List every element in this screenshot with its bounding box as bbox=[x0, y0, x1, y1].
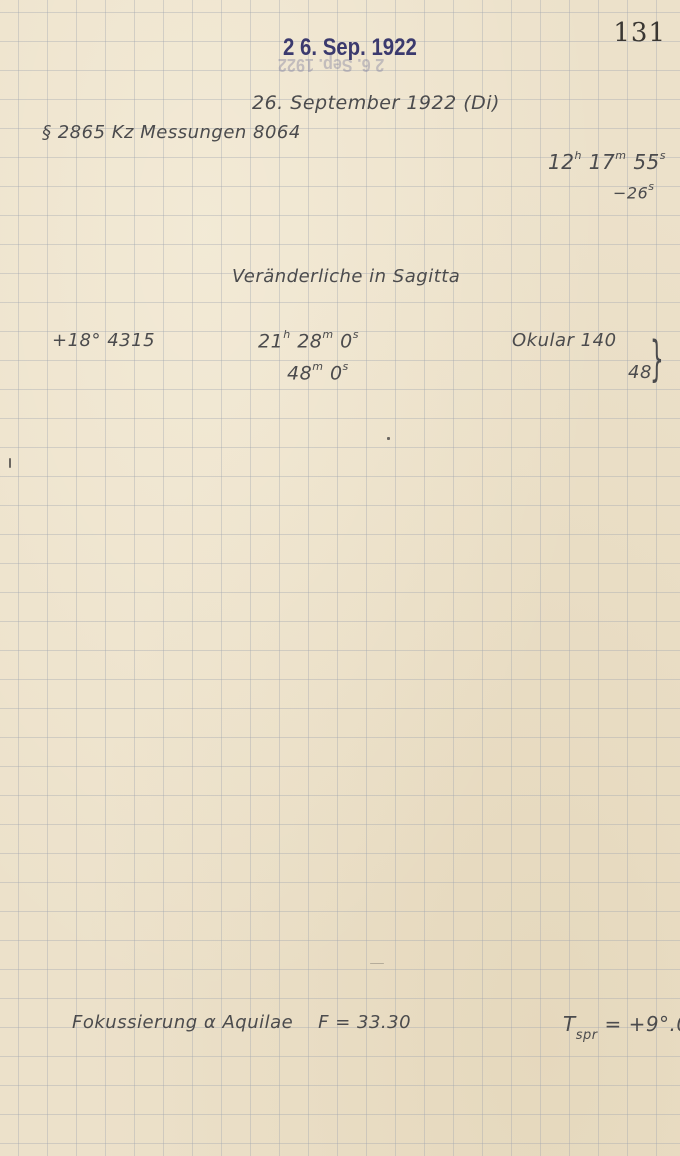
temperature-value: = +9°.0 bbox=[604, 1012, 680, 1036]
focus-value: F = 33.30 bbox=[318, 1012, 411, 1033]
bd-catalog-number: +18° 4315 bbox=[52, 330, 155, 351]
page-number: 131 bbox=[613, 18, 666, 48]
temperature-note: Tspr = +9°.0 bbox=[563, 1012, 680, 1036]
ra-hours: 12 bbox=[548, 150, 574, 174]
time-seconds: 0 bbox=[340, 330, 353, 352]
temperature-label: T bbox=[563, 1012, 576, 1036]
faint-dash bbox=[370, 963, 384, 964]
ink-mark bbox=[9, 458, 11, 468]
ocular-value-1: 140 bbox=[581, 330, 617, 351]
catalog-reference: § 2865 Kz Messungen 8064 bbox=[42, 122, 301, 143]
ocular-value-2: 48 bbox=[628, 362, 652, 383]
observation-time-end: 48m 0s bbox=[287, 362, 349, 384]
ink-dot bbox=[387, 437, 390, 440]
ra-seconds: 55 bbox=[633, 150, 659, 174]
declination: −26s bbox=[613, 182, 655, 202]
notebook-page: 131 2 6. Sep. 1922 2 6. Sep. 1922 26. Se… bbox=[0, 0, 680, 1156]
time-minutes: 28 bbox=[297, 330, 322, 352]
date-stamp: 2 6. Sep. 1922 bbox=[283, 34, 417, 62]
observation-time-start: 21h 28m 0s bbox=[258, 330, 359, 352]
ocular-line-1: Okular 140 bbox=[512, 330, 617, 351]
handwritten-date: 26. September 1922 (Di) bbox=[252, 92, 500, 114]
ocular-label: Okular bbox=[512, 330, 574, 351]
temperature-subscript: spr bbox=[576, 1028, 598, 1043]
time-seconds: 0 bbox=[330, 362, 343, 384]
ra-minutes: 17 bbox=[589, 150, 615, 174]
entry-title: Veränderliche in Sagitta bbox=[232, 266, 460, 287]
right-ascension: 12h 17m 55s bbox=[548, 150, 666, 174]
time-hours: 21 bbox=[258, 330, 283, 352]
time-minutes: 48 bbox=[287, 362, 312, 384]
focus-label: Fokussierung α Aquilae bbox=[72, 1012, 293, 1033]
focus-note: Fokussierung α Aquilae F = 33.30 bbox=[72, 1012, 411, 1033]
dec-value: −26 bbox=[613, 183, 648, 202]
brace-mark: } bbox=[650, 334, 664, 384]
